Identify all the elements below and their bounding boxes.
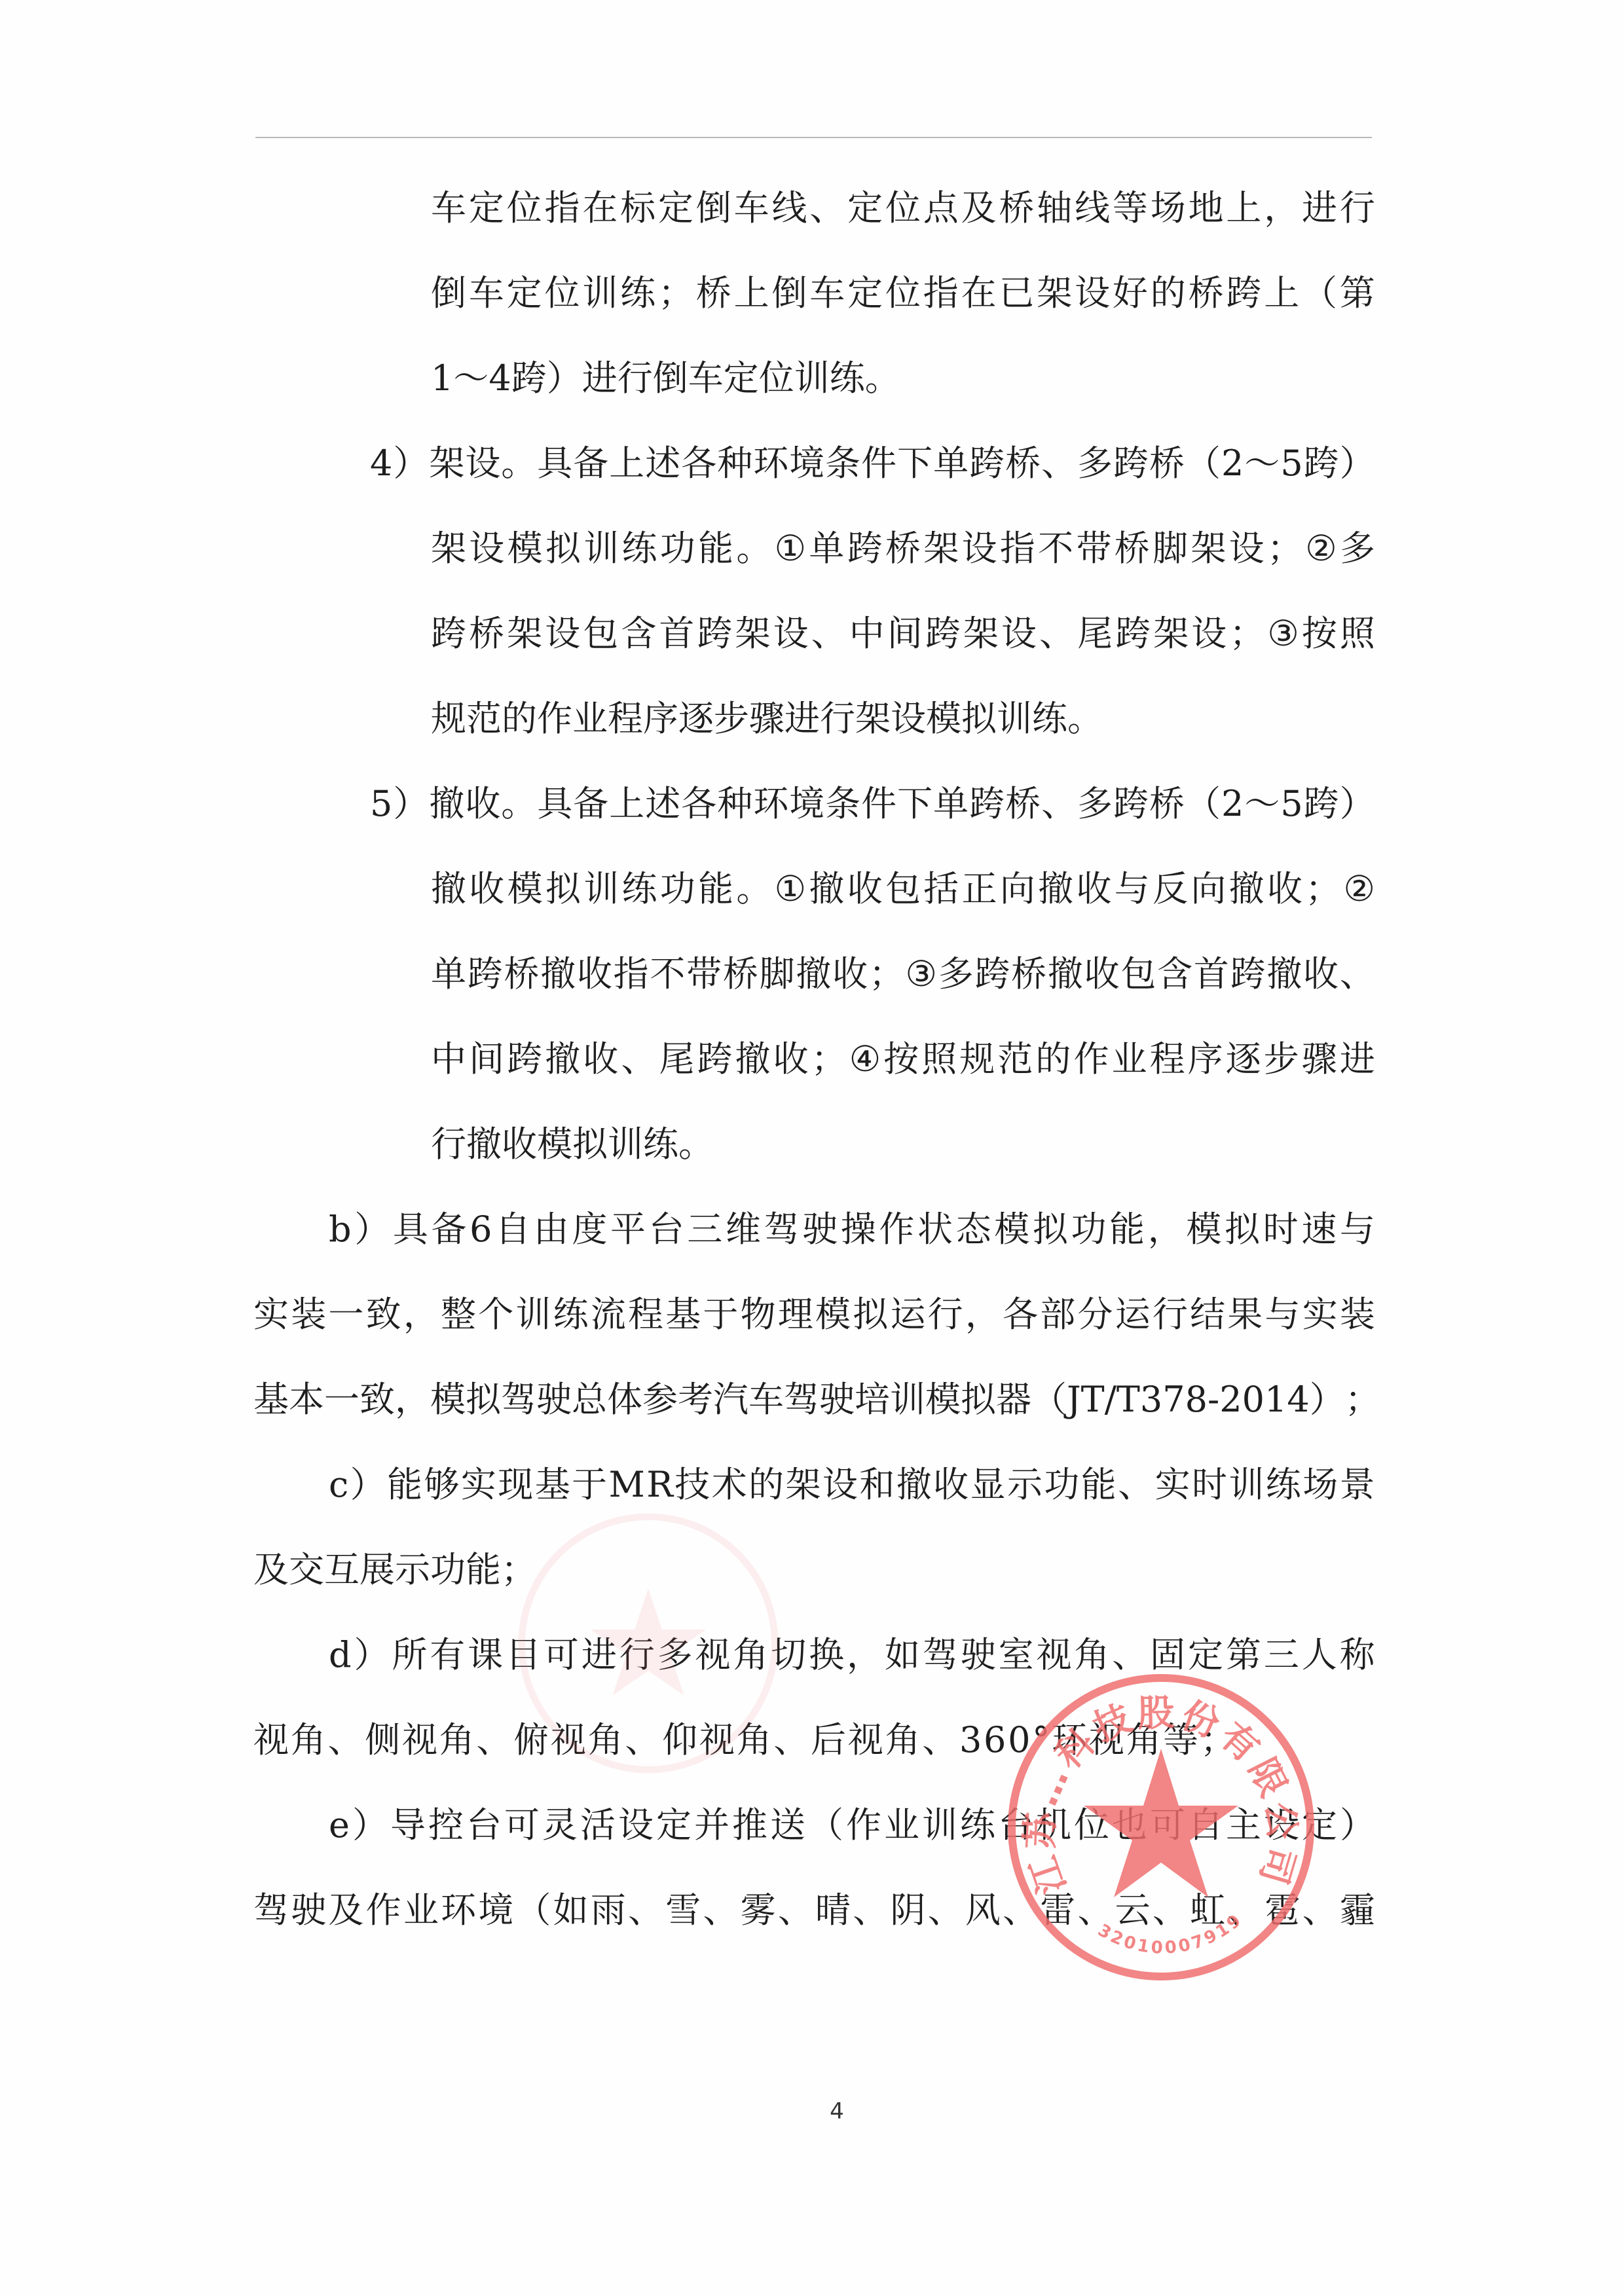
text-line: 基本一致，模拟驾驶总体参考汽车驾驶培训模拟器（JT/T378-2014）；	[253, 1377, 1375, 1423]
text-line: 实装一致，整个训练流程基于物理模拟运行，各部分运行结果与实装	[253, 1292, 1375, 1338]
text-line: e）导控台可灵活设定并推送（作业训练台机位也可自主设定）	[329, 1802, 1375, 1848]
text-line: 5）撤收。具备上述各种环境条件下单跨桥、多跨桥（2～5跨）	[370, 781, 1375, 827]
text-line: 跨桥架设包含首跨架设、中间跨架设、尾跨架设；③按照	[431, 611, 1375, 657]
text-line: 中间跨撤收、尾跨撤收；④按照规范的作业程序逐步骤进	[431, 1036, 1375, 1082]
text-line: 规范的作业程序逐步骤进行架设模拟训练。	[431, 696, 1125, 742]
text-line: 车定位指在标定倒车线、定位点及桥轴线等场地上，进行	[431, 185, 1375, 231]
text-line: 倒车定位训练；桥上倒车定位指在已架设好的桥跨上（第	[431, 270, 1375, 316]
text-line: 及交互展示功能；	[253, 1547, 542, 1593]
text-line: 单跨桥撤收指不带桥脚撤收；③多跨桥撤收包含首跨撤收、	[431, 951, 1375, 997]
page-number: 4	[824, 2095, 850, 2128]
text-line: 撤收模拟训练功能。①撤收包括正向撤收与反向撤收；②	[431, 866, 1375, 912]
document-page: 车定位指在标定倒车线、定位点及桥轴线等场地上，进行倒车定位训练；桥上倒车定位指在…	[0, 0, 1624, 2296]
text-line: 架设模拟训练功能。①单跨桥架设指不带桥脚架设；②多	[431, 526, 1375, 572]
text-line: 4）架设。具备上述各种环境条件下单跨桥、多跨桥（2～5跨）	[370, 441, 1375, 486]
text-line: 视角、侧视角、俯视角、仰视角、后视角、360°环视角等；	[253, 1717, 1236, 1763]
text-line: c）能够实现基于MR技术的架设和撤收显示功能、实时训练场景	[329, 1462, 1375, 1508]
text-line: 行撤收模拟训练。	[431, 1121, 732, 1167]
text-line: b）具备6自由度平台三维驾驶操作状态模拟功能，模拟时速与	[329, 1207, 1375, 1252]
text-line: d）所有课目可进行多视角切换，如驾驶室视角、固定第三人称	[329, 1632, 1375, 1678]
header-rule	[255, 137, 1372, 138]
text-line: 1～4跨）进行倒车定位训练。	[431, 355, 889, 401]
text-line: 驾驶及作业环境（如雨、雪、雾、晴、阴、风、雷、云、虹、雹、霾	[253, 1887, 1375, 1933]
